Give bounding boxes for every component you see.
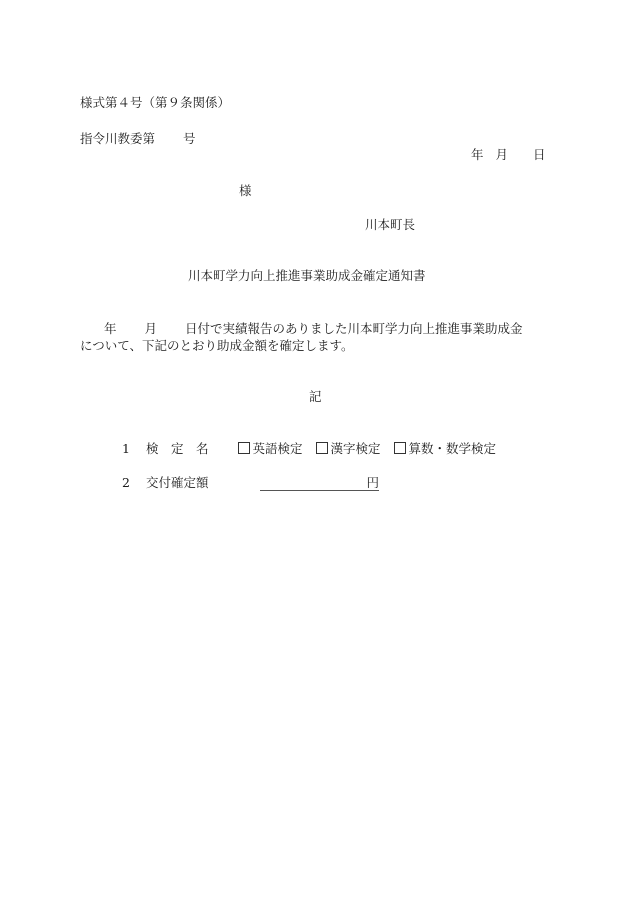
sender: 川本町長 <box>365 217 415 233</box>
body-month: 月 <box>145 321 158 336</box>
checkbox-math[interactable]: 算数・数学検定 <box>394 441 496 456</box>
issue-date: 年月日 <box>471 147 546 163</box>
directive-prefix: 指令川教委第 <box>80 131 155 146</box>
date-year: 年 <box>471 147 484 162</box>
ki-heading: 記 <box>309 389 322 405</box>
item-grant-amount: 2交付確定額円 <box>122 475 379 491</box>
date-day: 日 <box>533 147 546 162</box>
form-number: 様式第４号（第９条関係） <box>80 95 230 111</box>
directive-number: 指令川教委第号 <box>80 131 196 147</box>
checkbox-english[interactable]: 英語検定 <box>238 441 302 456</box>
body-line-2: について、下記のとおり助成金額を確定します。 <box>80 338 354 354</box>
document-title: 川本町学力向上推進事業助成金確定通知書 <box>188 268 426 284</box>
addressee: 様 <box>239 183 252 199</box>
currency-yen: 円 <box>366 475 379 491</box>
directive-suffix: 号 <box>183 131 196 146</box>
date-month: 月 <box>496 147 509 162</box>
body-year: 年 <box>104 321 117 336</box>
item-label: 交付確定額 <box>146 475 209 490</box>
checkbox-icon[interactable] <box>238 442 250 454</box>
item-exam-name: 1検 定 名 英語検定 漢字検定 算数・数学検定 <box>122 441 496 457</box>
checkbox-icon[interactable] <box>394 442 406 454</box>
checkbox-icon[interactable] <box>316 442 328 454</box>
item-number: 2 <box>122 475 130 490</box>
checkbox-kanji[interactable]: 漢字検定 <box>316 441 380 456</box>
body-line-1-rest: 日付で実績報告のありました川本町学力向上推進事業助成金 <box>185 321 523 336</box>
item-label: 検 定 名 <box>146 441 209 456</box>
amount-field[interactable] <box>260 476 366 491</box>
item-number: 1 <box>122 441 130 456</box>
body-line-1: 年月日付で実績報告のありました川本町学力向上推進事業助成金 <box>104 321 523 337</box>
